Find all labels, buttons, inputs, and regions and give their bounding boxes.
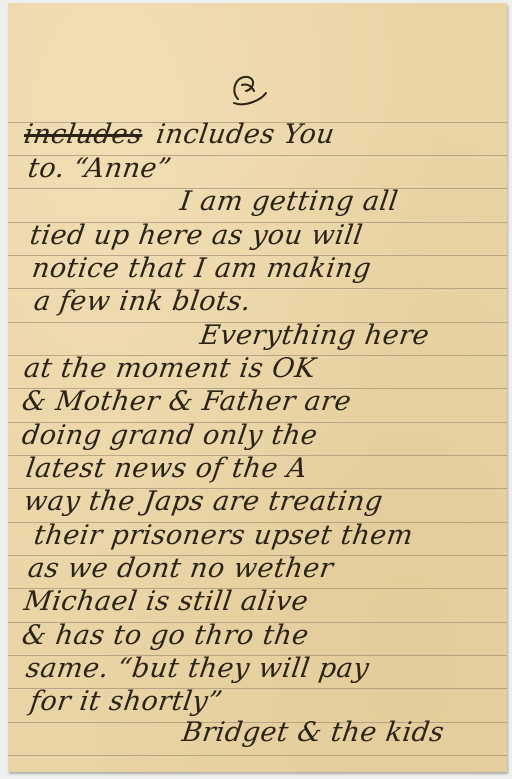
letter-line: tied up here as you will — [28, 220, 365, 251]
letter-line: as we dont no wether — [26, 553, 335, 584]
letter-line: doing grand only the — [20, 420, 320, 451]
letter-line: I am getting all — [178, 186, 400, 217]
letter-line: Everything here — [198, 320, 431, 351]
letter-line: way the Japs are treating — [22, 486, 385, 517]
letter-line: their prisoners upset them — [32, 520, 415, 551]
letter-page: includesincludes You to. “Anne” I am get… — [8, 3, 507, 772]
letter-line: to. “Anne” — [26, 153, 174, 184]
letter-line: a few ink blots. — [32, 286, 253, 317]
letter-line: latest news of the A — [24, 453, 309, 484]
letter-line: Michael is still alive — [22, 586, 310, 617]
letter-line: & Mother & Father are — [20, 386, 353, 417]
letter-line: same. “but they will pay — [24, 653, 371, 684]
ruled-line — [8, 755, 507, 756]
letter-line: notice that I am making — [30, 253, 373, 284]
letter-line: for it shortly” — [28, 686, 225, 717]
letter-line: & has to go thro the — [20, 620, 311, 651]
struck-word: includes — [22, 119, 145, 150]
letter-line: at the moment is OK — [22, 353, 318, 384]
letter-line: includesincludes You — [22, 119, 337, 150]
letter-signoff: Bridget & the kids — [180, 717, 446, 748]
page-number-circled — [226, 69, 270, 109]
